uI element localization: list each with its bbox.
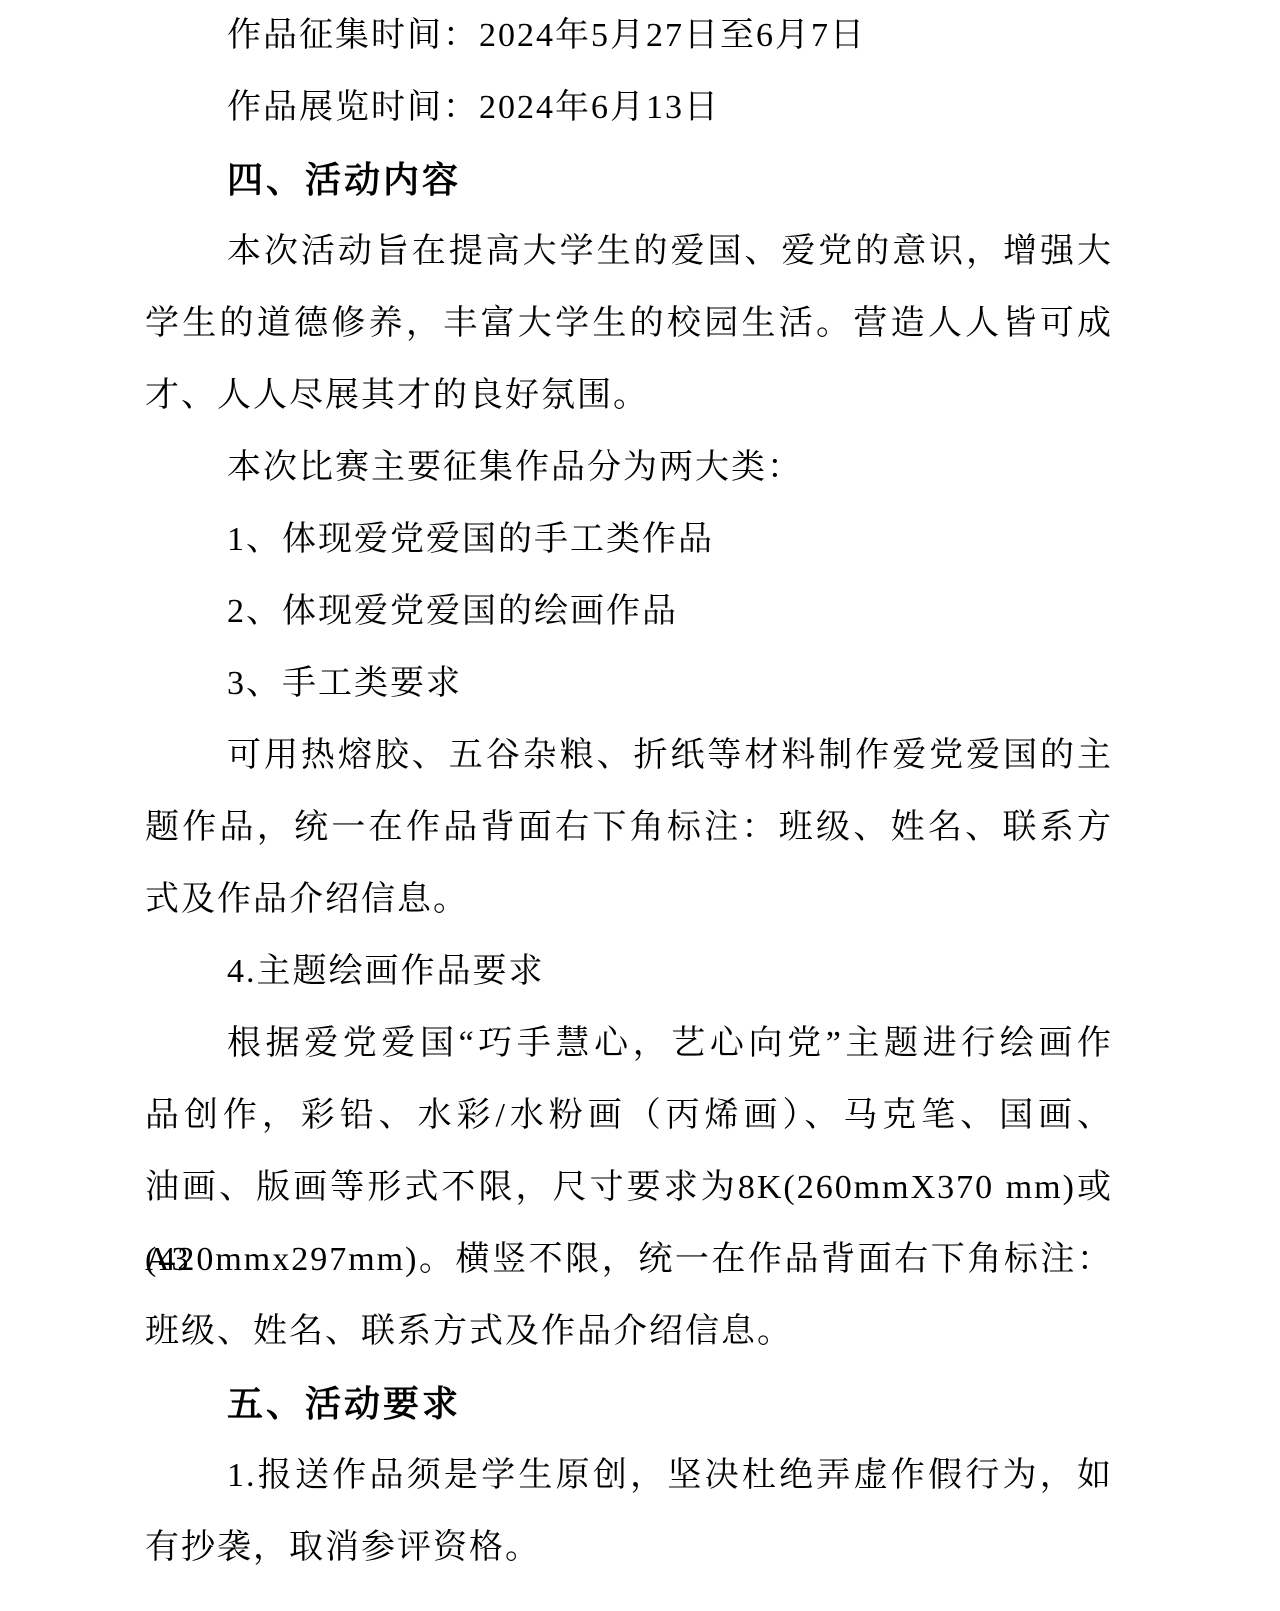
categories-intro-line: 本次比赛主要征集作品分为两大类： — [145, 432, 1113, 504]
collection-time-line: 作品征集时间：2024年5月27日至6月7日 — [145, 0, 1113, 72]
document-text-block: 作品征集时间：2024年5月27日至6月7日作品展览时间：2024年6月13日四… — [145, 0, 1113, 1584]
document-page: 作品征集时间：2024年5月27日至6月7日作品展览时间：2024年6月13日四… — [0, 0, 1280, 1611]
painting-requirement-line-3: 油画、版画等形式不限，尺寸要求为8K(260mmX370 mm)或 A3 — [145, 1152, 1113, 1224]
handcraft-requirement-line-1: 可用热熔胶、五谷杂粮、折纸等材料制作爱党爱国的主 — [145, 720, 1113, 792]
heading-activity-requirements: 五、活动要求 — [145, 1368, 1113, 1440]
heading-activity-content: 四、活动内容 — [145, 144, 1113, 216]
painting-requirement-line-1: 根据爱党爱国“巧手慧心，艺心向党”主题进行绘画作 — [145, 1008, 1113, 1080]
paragraph-purpose-line-2: 学生的道德修养，丰富大学生的校园生活。营造人人皆可成 — [145, 288, 1113, 360]
painting-requirement-line-4: (420mmx297mm)。横竖不限，统一在作品背面右下角标注： — [145, 1224, 1113, 1296]
exhibition-time-line: 作品展览时间：2024年6月13日 — [145, 72, 1113, 144]
handcraft-requirement-title: 3、手工类要求 — [145, 648, 1113, 720]
category-item-2: 2、体现爱党爱国的绘画作品 — [145, 576, 1113, 648]
painting-requirement-line-5: 班级、姓名、联系方式及作品介绍信息。 — [145, 1296, 1113, 1368]
handcraft-requirement-line-2: 题作品，统一在作品背面右下角标注：班级、姓名、联系方 — [145, 792, 1113, 864]
painting-requirement-title: 4.主题绘画作品要求 — [145, 936, 1113, 1008]
paragraph-purpose-line-1: 本次活动旨在提高大学生的爱国、爱党的意识，增强大 — [145, 216, 1113, 288]
requirement-item-1-line-2: 有抄袭，取消参评资格。 — [145, 1512, 1113, 1584]
paragraph-purpose-line-3: 才、人人尽展其才的良好氛围。 — [145, 360, 1113, 432]
painting-requirement-line-2: 品创作，彩铅、水彩/水粉画（丙烯画）、马克笔、国画、 — [145, 1080, 1113, 1152]
requirement-item-1-line-1: 1.报送作品须是学生原创，坚决杜绝弄虚作假行为，如 — [145, 1440, 1113, 1512]
category-item-1: 1、体现爱党爱国的手工类作品 — [145, 504, 1113, 576]
handcraft-requirement-line-3: 式及作品介绍信息。 — [145, 864, 1113, 936]
